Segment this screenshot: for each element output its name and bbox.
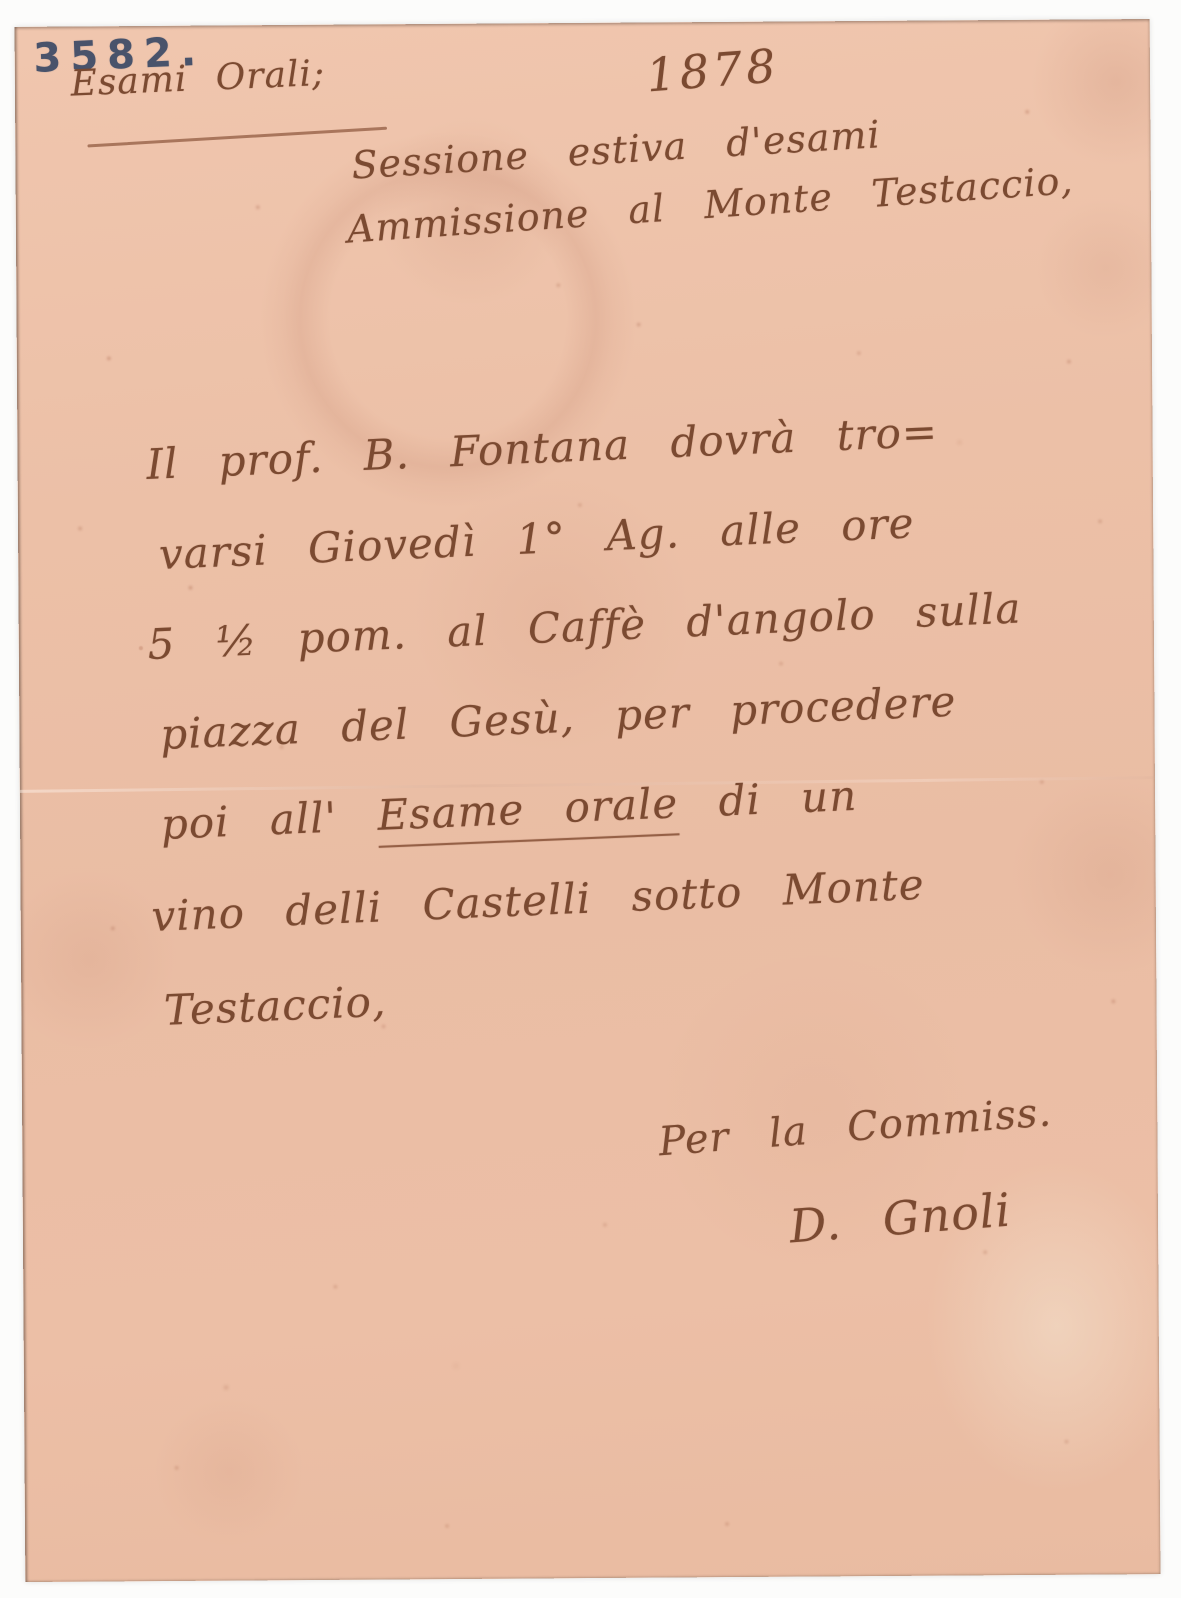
body-line-5: poi all' Esame orale di un	[160, 775, 858, 846]
body-line-5-prefix: poi all'	[160, 791, 379, 849]
paper-speckles	[15, 27, 19, 31]
body-line-4: piazza del Gesù, per procedere	[159, 681, 957, 756]
year: 1878	[645, 42, 781, 98]
signature: D. Gnoli	[788, 1187, 1013, 1250]
manuscript-paper: 3582. Esami Orali; 1878 Sessione estiva …	[15, 19, 1161, 1582]
session-line: Sessione estiva d'esami	[350, 115, 881, 184]
subject-title: Esami Orali;	[70, 56, 326, 103]
body-line-1: Il prof. B. Fontana dovrà tro=	[146, 411, 939, 486]
closing-attribution: Per la Commiss.	[657, 1092, 1053, 1162]
subject-underline	[87, 127, 387, 148]
body-line-6: vino delli Castelli sotto Monte	[151, 864, 926, 938]
body-line-3: 5 ½ pom. al Caffè d'angolo sulla	[147, 587, 1022, 666]
body-line-5-suffix: di un	[677, 771, 858, 827]
body-line-7: Testaccio,	[163, 981, 387, 1032]
body-line-2: varsi Giovedì 1° Ag. alle ore	[158, 502, 915, 576]
